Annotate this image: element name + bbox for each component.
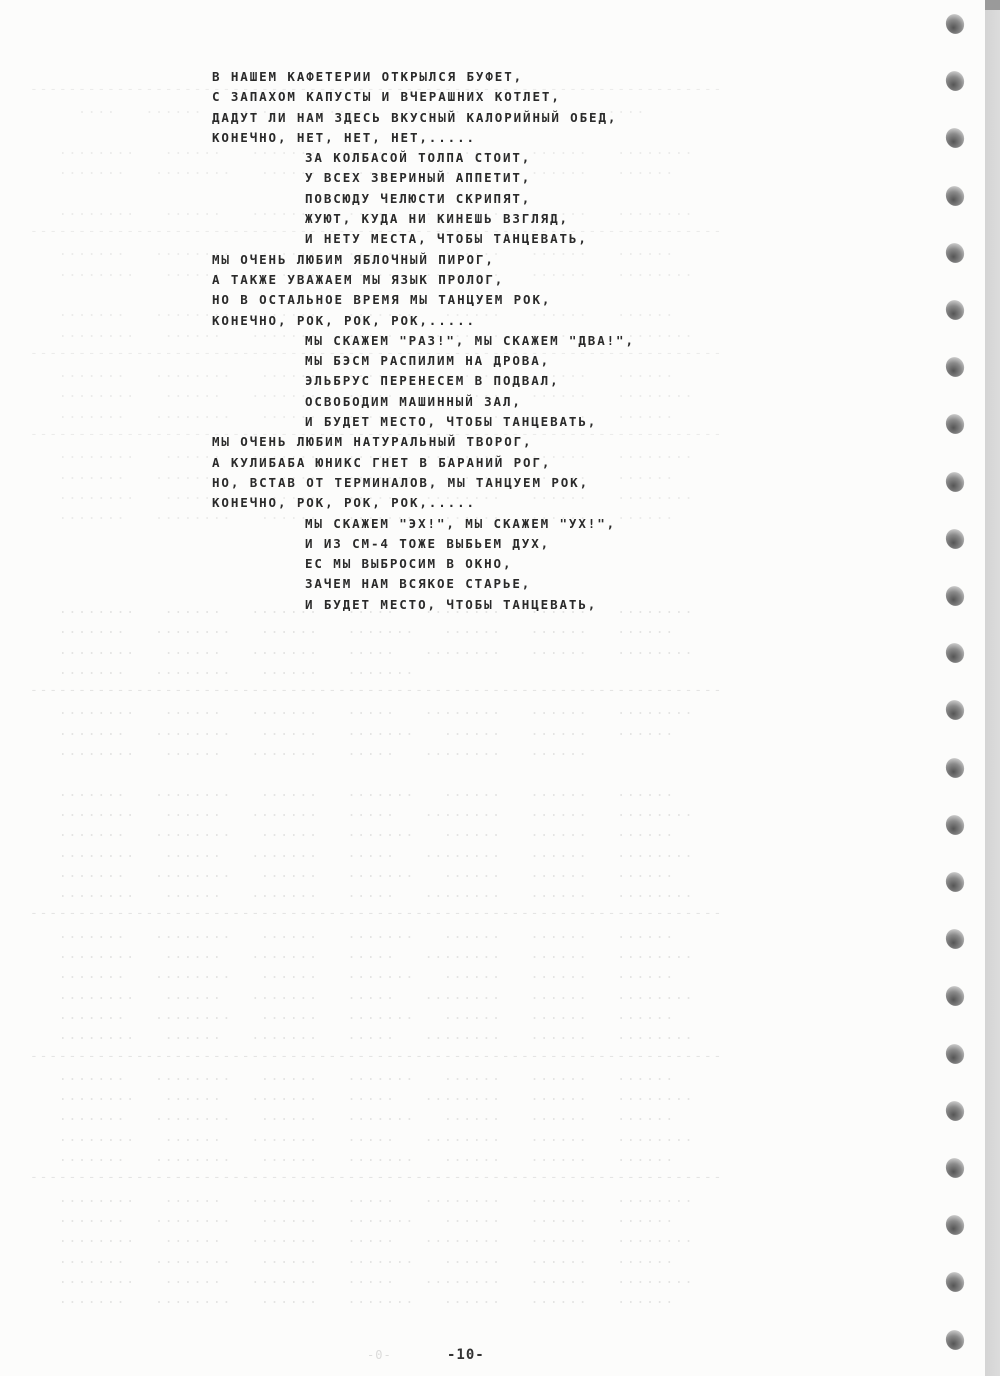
poem-line: ЕС МЫ ВЫБРОСИМ В ОКНО, — [212, 554, 635, 574]
document-page: ----------------------------------------… — [0, 0, 985, 1376]
poem-line: У ВСЕХ ЗВЕРИНЫЙ АППЕТИТ, — [212, 168, 635, 188]
poem-text: В НАШЕМ КАФЕТЕРИИ ОТКРЫЛСЯ БУФЕТ,С ЗАПАХ… — [212, 67, 635, 615]
page-number-bleed: -0- — [367, 1348, 392, 1362]
poem-line: МЫ СКАЖЕМ "РАЗ!", МЫ СКАЖЕМ "ДВА!", — [212, 331, 635, 351]
poem-line: И БУДЕТ МЕСТО, ЧТОБЫ ТАНЦЕВАТЬ, — [212, 412, 635, 432]
poem-line: НО В ОСТАЛЬНОЕ ВРЕМЯ МЫ ТАНЦУЕМ РОК, — [212, 290, 635, 310]
poem-line: КОНЕЧНО, РОК, РОК, РОК,..... — [212, 493, 635, 513]
paper-edge-shadow — [985, 0, 1000, 10]
poem-line: МЫ БЭСМ РАСПИЛИМ НА ДРОВА, — [212, 351, 635, 371]
poem-line: ДАДУТ ЛИ НАМ ЗДЕСЬ ВКУСНЫЙ КАЛОРИЙНЫЙ ОБ… — [212, 108, 635, 128]
poem-line: А ТАКЖЕ УВАЖАЕМ МЫ ЯЗЫК ПРОЛОГ, — [212, 270, 635, 290]
poem-line: И БУДЕТ МЕСТО, ЧТОБЫ ТАНЦЕВАТЬ, — [212, 595, 635, 615]
poem-line: МЫ СКАЖЕМ "ЭХ!", МЫ СКАЖЕМ "УХ!", — [212, 514, 635, 534]
poem-line: ЖУЮТ, КУДА НИ КИНЕШЬ ВЗГЛЯД, — [212, 209, 635, 229]
poem-line: ЗАЧЕМ НАМ ВСЯКОЕ СТАРЬЕ, — [212, 574, 635, 594]
poem-line: ОСВОБОДИМ МАШИННЫЙ ЗАЛ, — [212, 392, 635, 412]
poem-line: МЫ ОЧЕНЬ ЛЮБИМ ЯБЛОЧНЫЙ ПИРОГ, — [212, 250, 635, 270]
poem-line: А КУЛИБАБА ЮНИКС ГНЕТ В БАРАНИЙ РОГ, — [212, 453, 635, 473]
page-number: -10- — [447, 1347, 485, 1363]
poem-line: ЭЛЬБРУС ПЕРЕНЕСЕМ В ПОДВАЛ, — [212, 371, 635, 391]
poem-line: И ИЗ СМ-4 ТОЖЕ ВЫБЬЕМ ДУХ, — [212, 534, 635, 554]
poem-line: МЫ ОЧЕНЬ ЛЮБИМ НАТУРАЛЬНЫЙ ТВОРОГ, — [212, 432, 635, 452]
poem-line: И НЕТУ МЕСТА, ЧТОБЫ ТАНЦЕВАТЬ, — [212, 229, 635, 249]
poem-line: ЗА КОЛБАСОЙ ТОЛПА СТОИТ, — [212, 148, 635, 168]
poem-line: ПОВСЮДУ ЧЕЛЮСТИ СКРИПЯТ, — [212, 189, 635, 209]
paper-edge — [985, 0, 1000, 1376]
bleed-through-text-lower: ........ ...... ....... ..... ........ .… — [30, 600, 930, 1310]
poem-line: В НАШЕМ КАФЕТЕРИИ ОТКРЫЛСЯ БУФЕТ, — [212, 67, 635, 87]
poem-line: НО, ВСТАВ ОТ ТЕРМИНАЛОВ, МЫ ТАНЦУЕМ РОК, — [212, 473, 635, 493]
poem-line: С ЗАПАХОМ КАПУСТЫ И ВЧЕРАШНИХ КОТЛЕТ, — [212, 87, 635, 107]
poem-line: КОНЕЧНО, НЕТ, НЕТ, НЕТ,..... — [212, 128, 635, 148]
poem-line: КОНЕЧНО, РОК, РОК, РОК,..... — [212, 311, 635, 331]
